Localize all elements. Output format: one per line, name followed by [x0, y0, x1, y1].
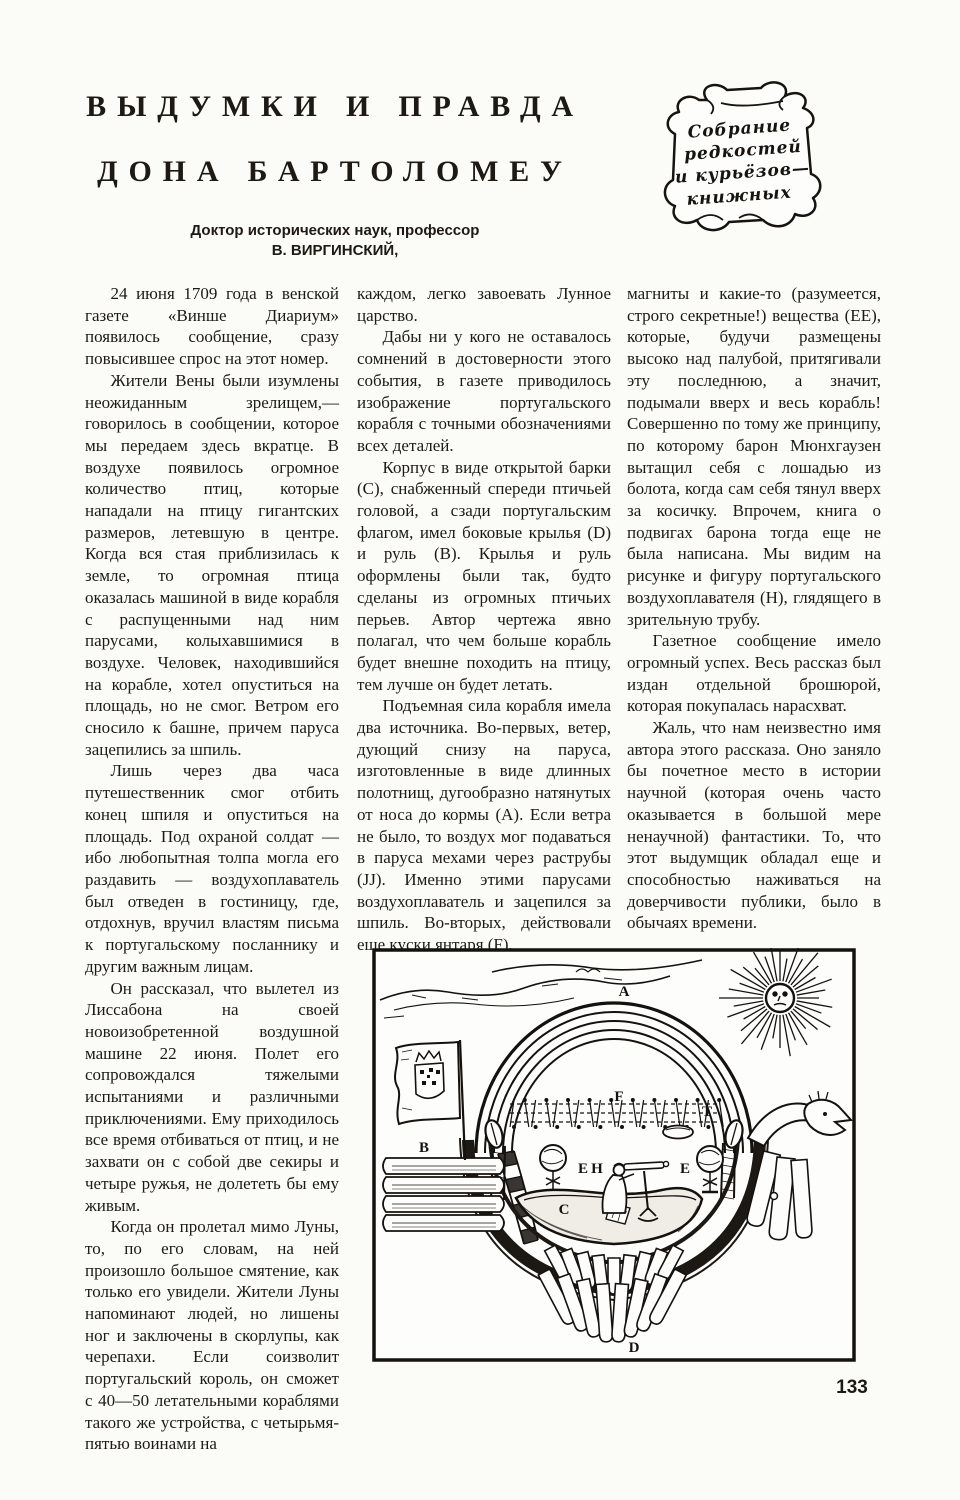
label-C: C	[559, 1202, 570, 1218]
paragraph: магниты и какие-то (разумеется, строго с…	[627, 283, 881, 630]
label-T: T	[702, 1104, 712, 1120]
label-H: H	[591, 1161, 603, 1177]
label-F: F	[614, 1089, 623, 1105]
article-title: ВЫДУМКИ И ПРАВДА ДОНА БАРТОЛОМЕУ	[60, 90, 610, 188]
paragraph: Подъемная сила корабля имела два источни…	[357, 695, 611, 955]
paragraph: Жители Вены были изумлены неожиданным зр…	[85, 370, 339, 761]
paragraph: каждом, легко завоевать Лунное царство.	[357, 283, 611, 326]
label-A: A	[619, 984, 630, 1000]
text-column-3: магниты и какие-то (разумеется, строго с…	[627, 283, 881, 933]
paragraph: Газетное сообщение имело огромный успех.…	[627, 630, 881, 717]
dish	[663, 1126, 693, 1139]
byline: Доктор исторических наук, профессор В. В…	[60, 221, 610, 261]
paragraph: Корпус в виде открытой барки (C), снабже…	[357, 457, 611, 696]
cartouche-lettering: Собрание редкостей и курьёзов— книжных	[671, 114, 812, 210]
telescope	[624, 1162, 664, 1170]
label-E-right: E	[680, 1161, 690, 1177]
page-number: 133	[822, 1377, 882, 1399]
passarola-engraving-figure: A B C D E H E F T	[372, 948, 856, 1362]
cartouche-vignette: Собрание редкостей и курьёзов— книжных	[645, 78, 840, 242]
paragraph: 24 июня 1709 года в венской газете «Винш…	[85, 283, 339, 370]
label-E-left: E	[578, 1161, 588, 1177]
byline-line-1: Доктор исторических наук, профессор	[60, 221, 610, 241]
label-B: B	[419, 1140, 429, 1156]
label-D: D	[629, 1340, 640, 1356]
text-column-2: каждом, легко завоевать Лунное царство. …	[357, 283, 611, 933]
title-line-2: ДОНА БАРТОЛОМЕУ	[60, 155, 610, 188]
paragraph: Лишь через два часа путешественник смог …	[85, 760, 339, 977]
title-line-1: ВЫДУМКИ И ПРАВДА	[60, 90, 610, 123]
paragraph: Когда он пролетал мимо Луны, то, по его …	[85, 1216, 339, 1455]
paragraph: Он рассказал, что вылетел из Лиссабона н…	[85, 978, 339, 1217]
paragraph: Жаль, что нам неизвестно имя автора этог…	[627, 717, 881, 934]
paragraph: Дабы ни у кого не оставалось сомнений в …	[357, 326, 611, 456]
byline-line-2: В. ВИРГИНСКИЙ,	[60, 241, 610, 261]
text-column-1: 24 июня 1709 года в венской газете «Винш…	[85, 283, 339, 1393]
magazine-page: ВЫДУМКИ И ПРАВДА ДОНА БАРТОЛОМЕУ Собрани…	[0, 0, 960, 1500]
